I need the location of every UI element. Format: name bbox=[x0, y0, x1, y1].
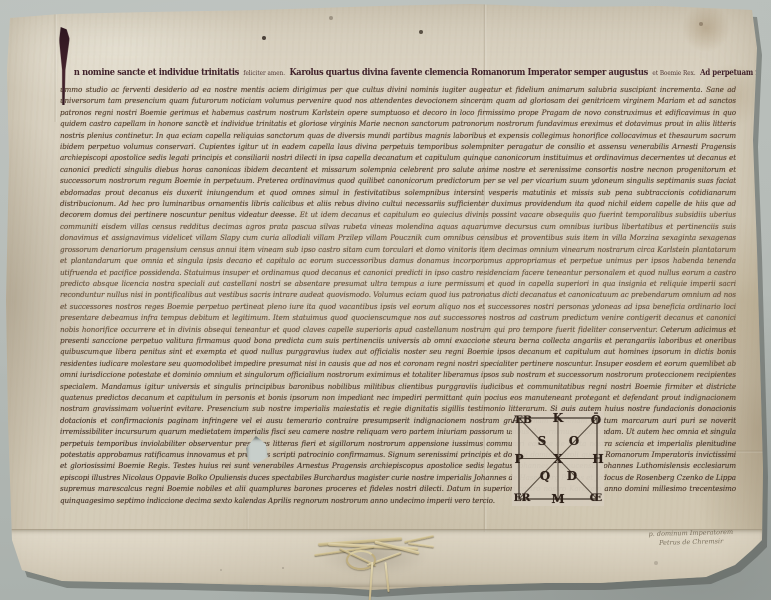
monogram-letter: Q bbox=[540, 470, 550, 482]
stain-specks bbox=[0, 0, 2, 2]
monogram-letter: M bbox=[551, 493, 564, 505]
monogram-letter: X bbox=[553, 453, 562, 465]
heading-invocation: n nomine sancte et individue trinitatis bbox=[74, 67, 239, 78]
heading-et-boemie: et Boemie Rex. bbox=[652, 69, 695, 77]
monogram-letter: K bbox=[553, 412, 563, 424]
monogram-letter: D bbox=[567, 470, 577, 482]
monogram-letter: O bbox=[569, 435, 579, 447]
charter-photograph: n nomine sancte et individue trinitatis … bbox=[0, 0, 771, 600]
monogram-letter: Ō bbox=[591, 414, 601, 426]
monogram-letter: H bbox=[592, 453, 603, 465]
monogram-letter: P bbox=[514, 453, 523, 465]
seal-cords bbox=[308, 534, 448, 600]
parchment-sheet: n nomine sancte et individue trinitatis … bbox=[0, 0, 771, 600]
imperial-monogram-signum: ÆB K Ō S O P X H Q D ER M Œ bbox=[512, 411, 604, 506]
monogram-letter: ÆB bbox=[512, 414, 532, 426]
body-paragraph: Statuimus insuper et ordinamus quod deca… bbox=[60, 268, 736, 334]
fold-crease bbox=[54, 6, 57, 122]
charter-body-text: ummo studio ac ferventi desiderio ad ea … bbox=[60, 84, 736, 532]
monogram-letter: S bbox=[538, 435, 547, 447]
chancery-note: p. dominum Imperatorem Petrus de Chremsi… bbox=[630, 527, 752, 548]
heading-intitulatio: Karolus quartus divina favente clemencia… bbox=[289, 67, 648, 78]
monogram-letter: ER bbox=[514, 492, 531, 504]
monogram-letter: Œ bbox=[590, 492, 602, 504]
charter-text-block: n nomine sancte et individue trinitatis … bbox=[60, 60, 736, 528]
heading-feliciter: feliciter amen. bbox=[243, 69, 285, 77]
body-paragraph: Cupientes igitur ut in eadem capella lau… bbox=[60, 142, 736, 219]
charter-heading: n nomine sancte et individue trinitatis … bbox=[60, 60, 648, 81]
body-paragraph: Ceterum adicimus et presenti sanccione p… bbox=[60, 325, 736, 414]
